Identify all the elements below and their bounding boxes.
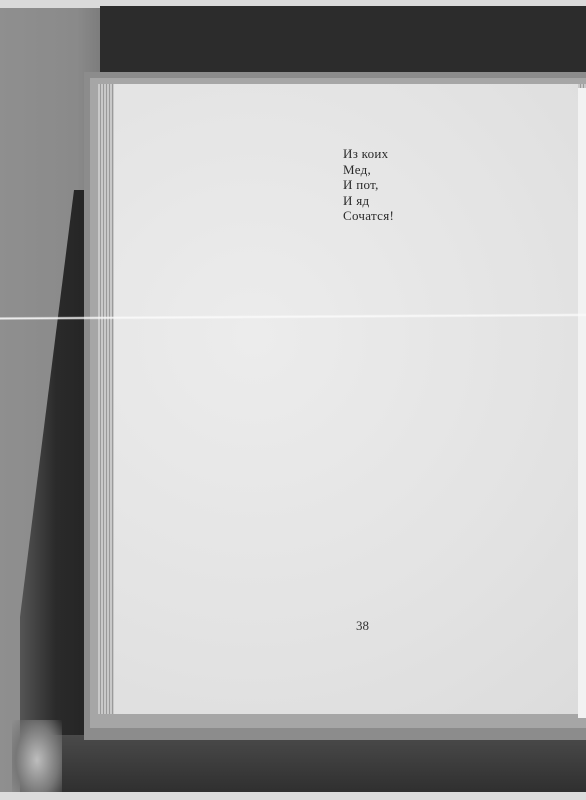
scan-bottom-margin bbox=[0, 792, 586, 800]
poem-line: Из коих bbox=[343, 146, 394, 162]
poem-line: Мед, bbox=[343, 162, 394, 178]
light-glare bbox=[12, 720, 62, 800]
poem-line: И яд bbox=[343, 193, 394, 209]
dark-background-bottom bbox=[30, 735, 586, 795]
page-right-edge bbox=[578, 88, 586, 718]
page-number: 38 bbox=[356, 618, 369, 634]
poem-line: Сочатся! bbox=[343, 208, 394, 224]
poem-text: Из коих Мед, И пот, И яд Сочатся! bbox=[343, 146, 394, 224]
poem-line: И пот, bbox=[343, 177, 394, 193]
